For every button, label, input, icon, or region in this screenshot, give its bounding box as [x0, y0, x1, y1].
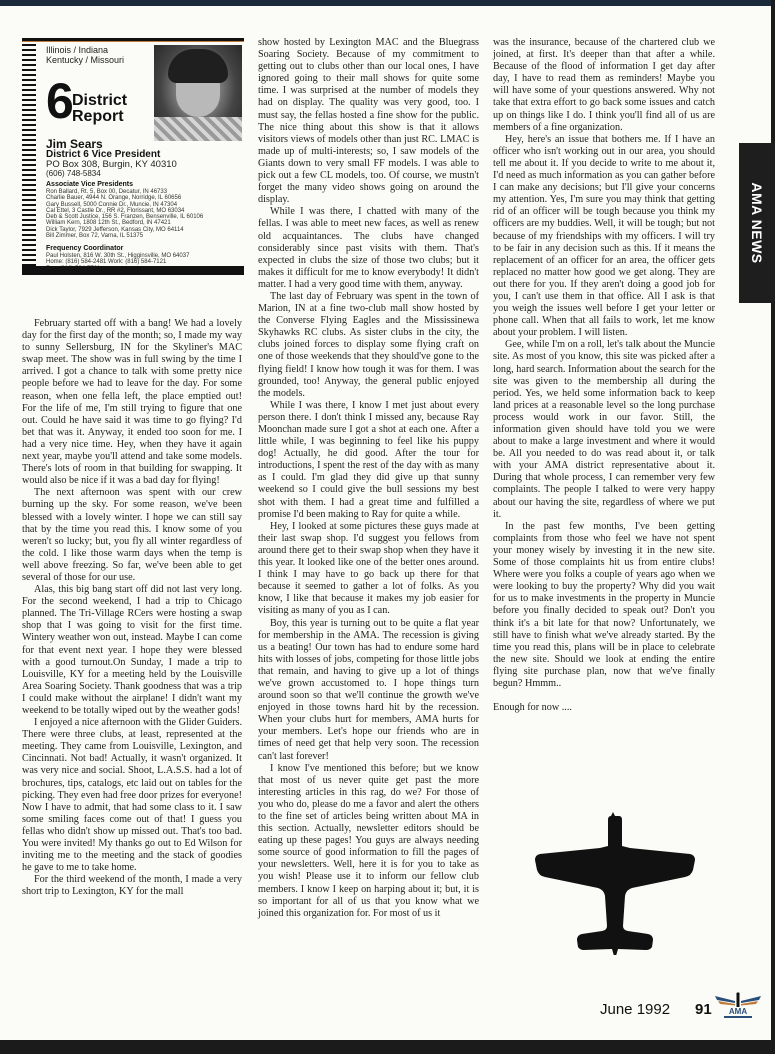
airplane-silhouette-icon — [520, 810, 710, 955]
ama-logo-icon: AMA — [713, 992, 763, 1020]
associates-heading: Associate Vice Presidents — [46, 181, 203, 189]
ama-news-label: AMA NEWS — [749, 182, 765, 263]
paragraph: The last day of February was spent in th… — [258, 291, 479, 400]
paragraph: While I was there, I know I met just abo… — [258, 400, 479, 521]
paragraph: Hey, I looked at some pictures these guy… — [258, 521, 479, 618]
region-line-1: Illinois / Indiana — [46, 45, 124, 55]
paragraph: Hey, here's an issue that bothers me. If… — [493, 134, 715, 340]
paragraph: show hosted by Lexington MAC and the Blu… — [258, 37, 479, 206]
svg-text:AMA: AMA — [729, 1007, 747, 1016]
photo-hair — [168, 49, 228, 83]
paragraph: While I was there, I chatted with many o… — [258, 206, 479, 291]
article-column-2: show hosted by Lexington MAC and the Blu… — [258, 37, 479, 920]
frequency-heading: Frequency Coordinator — [46, 245, 189, 253]
ama-news-tab: AMA NEWS — [739, 143, 775, 303]
header-stripes — [22, 44, 36, 266]
paragraph: Gee, while I'm on a roll, let's talk abo… — [493, 339, 715, 520]
associate-line: Charlie Bauer, 4944 N. Orange, Norridge,… — [46, 195, 203, 201]
associate-line: Bill Zimmer, Box 72, Varna, IL 51375 — [46, 233, 203, 239]
title-report: Report — [72, 109, 124, 125]
paragraph: February started off with a bang! We had… — [22, 318, 242, 487]
paragraph: Boy, this year is turning out to be quit… — [258, 618, 479, 763]
closing-line: Enough for now .... — [493, 702, 715, 714]
page-top-border — [0, 0, 775, 6]
region-line-2: Kentucky / Missouri — [46, 55, 124, 65]
paragraph: The next afternoon was spent with our cr… — [22, 487, 242, 584]
page-number: 91 — [695, 1001, 712, 1018]
region-label: Illinois / Indiana Kentucky / Missouri — [46, 45, 124, 65]
district-number: 6 — [46, 76, 72, 126]
page-bottom-border — [0, 1040, 775, 1054]
paragraph: I know I've mentioned this before; but w… — [258, 763, 479, 920]
associate-vps: Associate Vice Presidents Ron Ballard, R… — [46, 181, 203, 239]
article-column-3: was the insurance, because of the charte… — [493, 37, 715, 714]
header-bottom-bar — [22, 266, 244, 275]
paragraph: Alas, this big bang start off did not la… — [22, 584, 242, 717]
author-photo — [154, 45, 242, 141]
article-column-1: February started off with a bang! We had… — [22, 318, 242, 899]
photo-shirt — [154, 117, 242, 141]
title-district: District — [72, 93, 127, 109]
district-header: Illinois / Indiana Kentucky / Missouri 6… — [22, 38, 244, 278]
paragraph: In the past few months, I've been gettin… — [493, 521, 715, 690]
header-accent-rule — [22, 41, 244, 42]
issue-date: June 1992 — [600, 1001, 670, 1018]
paragraph: For the third weekend of the month, I ma… — [22, 874, 242, 898]
paragraph: was the insurance, because of the charte… — [493, 37, 715, 134]
paragraph: I enjoyed a nice afternoon with the Glid… — [22, 717, 242, 874]
author-phone: (606) 748-5834 — [46, 169, 101, 178]
